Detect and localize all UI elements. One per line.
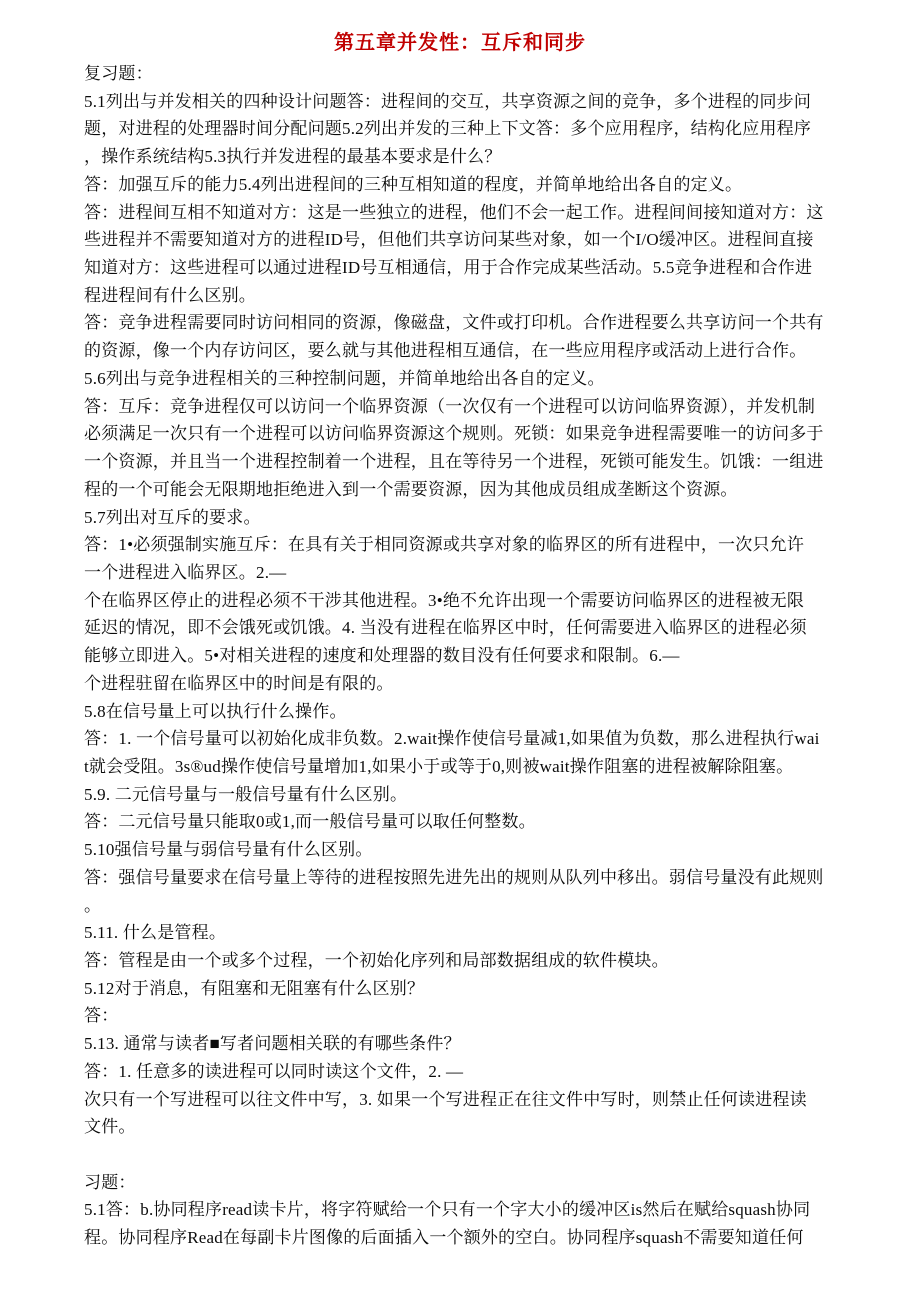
text-line: 复习题： (84, 60, 842, 88)
text-line: 次只有一个写进程可以往文件中写，3. 如果一个写进程正在往文件中写时，则禁止任何… (84, 1086, 842, 1114)
document-page: 第五章并发性：互斥和同步 复习题：5.1列出与并发相关的四种设计问题答：进程间的… (0, 0, 920, 1301)
text-line: 5.9. 二元信号量与一般信号量有什么区别。 (84, 781, 842, 809)
text-line: 一个资源，并且当一个进程控制着一个进程，且在等待另一个进程，死锁可能发生。饥饿：… (84, 448, 842, 476)
text-line: 5.13. 通常与读者■写者问题相关联的有哪些条件？ (84, 1030, 842, 1058)
text-line: 的资源，像一个内存访问区，要么就与其他进程相互通信，在一些应用程序或活动上进行合… (84, 337, 842, 365)
text-line: 一个进程进入临界区。2.— (84, 559, 842, 587)
text-line: 程进程间有什么区别。 (84, 282, 842, 310)
text-line: 习题： (84, 1169, 842, 1197)
text-line: 答：竞争进程需要同时访问相同的资源，像磁盘，文件或打印机。合作进程要么共享访问一… (84, 309, 842, 337)
text-line: 题，对进程的处理器时间分配问题5.2列出并发的三种上下文答：多个应用程序，结构化… (84, 115, 842, 143)
text-line: 5.8在信号量上可以执行什么操作。 (84, 698, 842, 726)
text-line: 个进程驻留在临界区中的时间是有限的。 (84, 670, 842, 698)
text-line: 答： (84, 1002, 842, 1030)
text-line: 程的一个可能会无限期地拒绝进入到一个需要资源，因为其他成员组成垄断这个资源。 (84, 476, 842, 504)
text-line: 答：互斥：竞争进程仅可以访问一个临界资源（一次仅有一个进程可以访问临界资源），并… (84, 393, 842, 421)
text-line: 文件。 (84, 1113, 842, 1141)
document-title: 第五章并发性：互斥和同步 (0, 30, 920, 56)
text-line: 知道对方：这些进程可以通过进程ID号互相通信，用于合作完成某些活动。5.5竞争进… (84, 254, 842, 282)
text-line: 必须满足一次只有一个进程可以访问临界资源这个规则。死锁：如果竞争进程需要唯一的访… (84, 420, 842, 448)
text-line: 答：加强互斥的能力5.4列出进程间的三种互相知道的程度，并简单地给出各自的定义。 (84, 171, 842, 199)
text-line (84, 1141, 842, 1169)
text-line: 答：1. 一个信号量可以初始化成非负数。2.wait操作使信号量减1,如果值为负… (84, 725, 842, 753)
text-line: 答：1•必须强制实施互斥：在具有关于相同资源或共享对象的临界区的所有进程中，一次… (84, 531, 842, 559)
text-line: 程。协同程序Read在每副卡片图像的后面插入一个额外的空白。协同程序squash… (84, 1224, 842, 1252)
text-line: 5.12对于消息，有阻塞和无阻塞有什么区别？ (84, 975, 842, 1003)
document-body: 复习题：5.1列出与并发相关的四种设计问题答：进程间的交互，共享资源之间的竞争，… (84, 60, 842, 1252)
text-line: ，操作系统结构5.3执行并发进程的最基本要求是什么？ (84, 143, 842, 171)
text-line: 答：进程间互相不知道对方：这是一些独立的进程，他们不会一起工作。进程间间接知道对… (84, 199, 842, 227)
text-line: 个在临界区停止的进程必须不干涉其他进程。3•绝不允许出现一个需要访问临界区的进程… (84, 587, 842, 615)
text-line: t就会受阻。3s®ud操作使信号量增加1,如果小于或等于0,则被wait操作阻塞… (84, 753, 842, 781)
text-line: 能够立即进入。5•对相关进程的速度和处理器的数目没有任何要求和限制。6.— (84, 642, 842, 670)
text-line: 答：二元信号量只能取0或1,而一般信号量可以取任何整数。 (84, 808, 842, 836)
text-line: 答：管程是由一个或多个过程，一个初始化序列和局部数据组成的软件模块。 (84, 947, 842, 975)
text-line: 5.7列出对互斥的要求。 (84, 504, 842, 532)
text-line: 5.1列出与并发相关的四种设计问题答：进程间的交互，共享资源之间的竞争，多个进程… (84, 88, 842, 116)
text-line: 5.10强信号量与弱信号量有什么区别。 (84, 836, 842, 864)
text-line: 5.11. 什么是管程。 (84, 919, 842, 947)
text-line: 答：强信号量要求在信号量上等待的进程按照先进先出的规则从队列中移出。弱信号量没有… (84, 864, 842, 892)
text-line: 些进程并不需要知道对方的进程ID号，但他们共享访问某些对象，如一个I/O缓冲区。… (84, 226, 842, 254)
text-line: 5.1答：b.协同程序read读卡片，将字符赋给一个只有一个字大小的缓冲区is然… (84, 1196, 842, 1224)
text-line: 延迟的情况，即不会饿死或饥饿。4. 当没有进程在临界区中时，任何需要进入临界区的… (84, 614, 842, 642)
text-line: 5.6列出与竞争进程相关的三种控制问题，并简单地给出各自的定义。 (84, 365, 842, 393)
text-line: 答：1. 任意多的读进程可以同时读这个文件，2. — (84, 1058, 842, 1086)
text-line: 。 (84, 892, 842, 920)
